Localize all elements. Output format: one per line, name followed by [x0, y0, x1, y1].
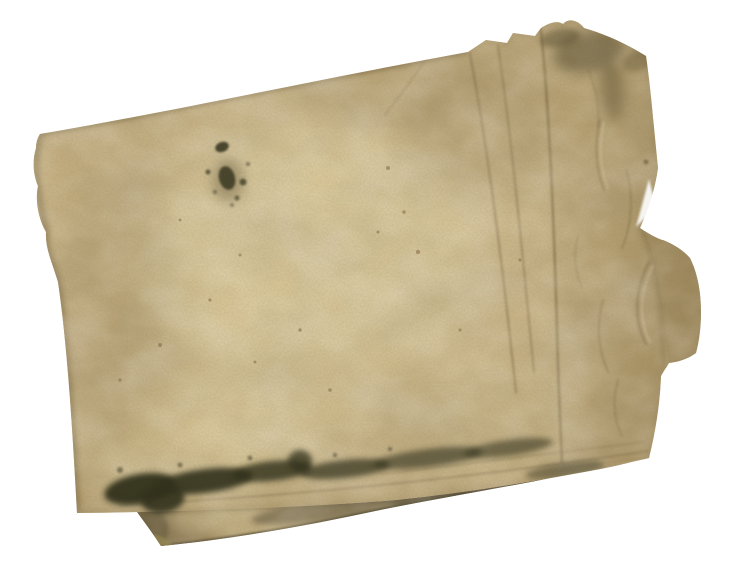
- freckle: [377, 231, 380, 234]
- stain-dot: [206, 170, 211, 175]
- freckle: [254, 361, 257, 364]
- freckle: [386, 166, 390, 170]
- photo-canvas: [0, 0, 740, 587]
- freckle: [118, 378, 121, 381]
- stain-dot: [388, 447, 392, 451]
- freckle: [519, 259, 522, 262]
- stain-dot: [117, 467, 123, 473]
- folded-paper-photo: [0, 0, 740, 587]
- stain-dot: [246, 162, 250, 166]
- freckle: [239, 254, 242, 257]
- stain-dot: [213, 190, 217, 194]
- freckle: [158, 343, 162, 347]
- stain-dot: [248, 456, 253, 461]
- freckle: [459, 329, 462, 332]
- smudge-dot: [644, 160, 649, 165]
- freckle: [208, 298, 211, 301]
- freckle: [402, 210, 406, 214]
- freckle: [328, 388, 332, 392]
- stain-dot: [178, 463, 183, 468]
- stain-dot: [235, 196, 240, 201]
- stain-dot: [240, 179, 247, 186]
- stain-dot: [333, 453, 337, 457]
- freckle: [179, 219, 182, 222]
- freckle: [298, 328, 302, 332]
- freckle: [416, 250, 420, 254]
- stain-dot: [230, 203, 234, 207]
